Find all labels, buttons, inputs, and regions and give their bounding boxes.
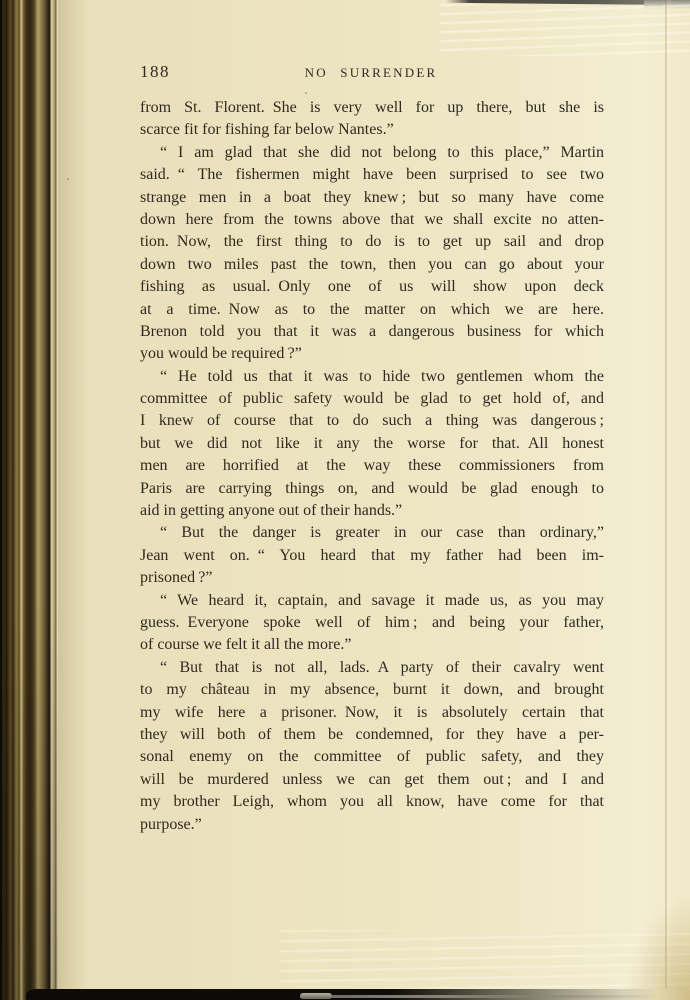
binding-shading	[0, 0, 58, 1000]
page-edge-line-tip	[300, 993, 332, 999]
text-line: aid in getting anyone out of their hands…	[140, 500, 604, 522]
text-line: Paris are carrying things on, and would …	[140, 478, 604, 500]
gutter-shadow	[58, 0, 88, 1000]
text-line: men are horrified at the way these commi…	[140, 455, 604, 477]
text-line: “ But that is not all, lads. A party of …	[140, 657, 604, 679]
text-line: tion. Now, the first thing to do is to g…	[140, 231, 604, 253]
text-line: “ He told us that it was to hide two gen…	[140, 366, 604, 388]
text-line: sonal enemy on the committee of public s…	[140, 746, 604, 768]
text-line: to my château in my absence, burnt it do…	[140, 679, 604, 701]
text-line: scarce fit for fishing far below Nantes.…	[140, 119, 604, 141]
paper-speck	[305, 92, 307, 94]
text-line: purpose.”	[140, 814, 604, 836]
text-line: I knew of course that to do such a thing…	[140, 410, 604, 432]
corner-shading	[626, 900, 690, 1000]
text-line: said. “ The fishermen might have been su…	[140, 164, 604, 186]
text-line: fishing as usual. Only one of us will sh…	[140, 276, 604, 298]
text-line: down here from the towns above that we s…	[140, 209, 604, 231]
text-line: guess. Everyone spoke well of him ; and …	[140, 612, 604, 634]
text-line: down two miles past the town, then you c…	[140, 254, 604, 276]
paper-speck	[14, 466, 16, 468]
text-line: “ I am glad that she did not belong to t…	[140, 142, 604, 164]
text-line: “ But the danger is greater in our case …	[140, 522, 604, 544]
text-line: my brother Leigh, whom you all know, hav…	[140, 791, 604, 813]
text-line: prisoned ?”	[140, 567, 604, 589]
page-edge-line	[300, 995, 660, 998]
book-page-photo: 188 NO SURRENDER from St. Florent. She i…	[0, 0, 690, 1000]
text-line: committee of public safety would be glad…	[140, 388, 604, 410]
text-line: you would be required ?”	[140, 343, 604, 365]
text-line: my wife here a prisoner. Now, it is abso…	[140, 702, 604, 724]
text-line: Jean went on. “ You heard that my father…	[140, 545, 604, 567]
paper-speck	[67, 178, 69, 180]
page-edge-streaks-top	[440, 4, 690, 56]
page-body: from St. Florent. She is very well for u…	[140, 97, 604, 836]
text-line: strange men in a boat they knew ; but so…	[140, 187, 604, 209]
text-line: “ We heard it, captain, and savage it ma…	[140, 590, 604, 612]
text-line: but we did not like it any the worse for…	[140, 433, 604, 455]
text-line: from St. Florent. She is very well for u…	[140, 97, 604, 119]
text-line: of course we felt it all the more.”	[140, 634, 604, 656]
text-line: Brenon told you that it was a dangerous …	[140, 321, 604, 343]
fore-edge-line	[665, 0, 667, 988]
text-line: they will both of them be condemned, for…	[140, 724, 604, 746]
text-line: at a time. Now as to the matter on which…	[140, 299, 604, 321]
running-title: NO SURRENDER	[140, 65, 602, 81]
text-line: will be murdered unless we can get them …	[140, 769, 604, 791]
